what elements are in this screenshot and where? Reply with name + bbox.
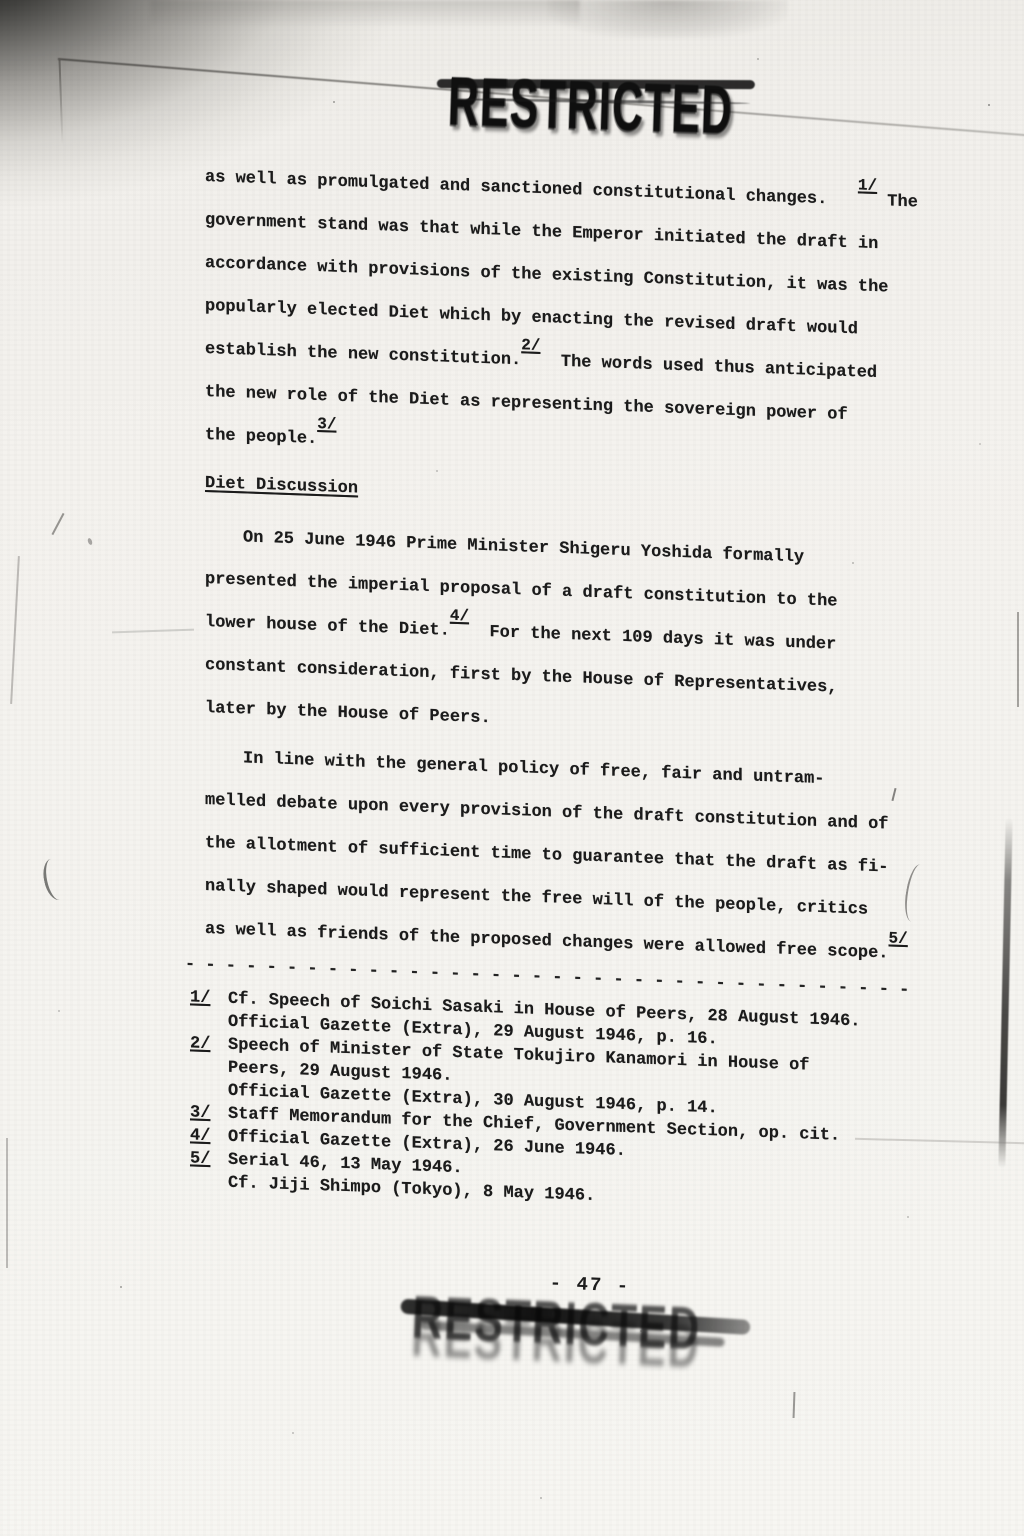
pencil-mark: [10, 556, 20, 704]
footnote-ref: 3/: [317, 403, 336, 447]
ink-streak: [998, 818, 1012, 1168]
scan-shade: [150, 0, 580, 28]
text-segment: establish the new constitution.: [205, 340, 521, 370]
paragraph: On 25 June 1946 Prime Minister Shigeru Y…: [150, 513, 950, 757]
footnote-marker: 1/: [150, 985, 228, 1011]
footnote-marker: [150, 1008, 228, 1034]
pencil-mark: [51, 513, 64, 535]
strike-line: [437, 79, 755, 89]
footnote-ref: 1/: [858, 164, 877, 208]
footnote-marker: 4/: [150, 1123, 228, 1149]
page-number: - 47 -: [549, 1272, 630, 1297]
restricted-stamp-bottom: - 47 - RESTRICTED RESTRICTED: [410, 1271, 774, 1385]
scan-artifact: [1017, 612, 1019, 707]
footnote-marker: 5/: [150, 1146, 228, 1172]
text-segment: For the next 109 days it was under: [469, 622, 836, 654]
text-segment: later by the House of Peers.: [205, 699, 491, 728]
paragraph: In line with the general policy of free,…: [150, 734, 950, 978]
pencil-mark: [40, 856, 73, 902]
text-segment: The: [877, 192, 918, 212]
footnote-ref: 4/: [450, 595, 469, 639]
footnote-marker: 2/: [150, 1031, 228, 1057]
footnote-marker: [150, 1077, 228, 1103]
footnote-ref: 5/: [889, 917, 908, 961]
text-segment: lower house of the Diet.: [205, 613, 450, 641]
paragraph: as well as promulgated and sanctioned co…: [150, 154, 950, 484]
scan-smudge: [548, 0, 788, 38]
pencil-mark: [87, 538, 93, 546]
stamp-text: RESTRICTED: [447, 61, 735, 150]
scan-specks: [0, 0, 2, 2]
text-segment: The words used thus anticipated: [540, 352, 877, 383]
restricted-stamp-top: RESTRICTED RESTRICTED: [447, 61, 770, 163]
footnote-marker: 3/: [150, 1100, 228, 1126]
footnote-ref: 2/: [521, 324, 540, 368]
scan-artifact: [6, 1138, 8, 1268]
footnotes: 1/Cf. Speech of Soichi Sasaki in House o…: [150, 985, 950, 1221]
document-page: RESTRICTED RESTRICTED as well as promulg…: [0, 0, 1024, 1536]
footnote-marker: [150, 1169, 228, 1195]
pencil-mark: [793, 1392, 796, 1418]
footnote-marker: [150, 1054, 228, 1080]
text-segment: the people.: [205, 426, 317, 449]
body-text: as well as promulgated and sanctioned co…: [150, 146, 950, 1221]
section-heading: Diet Discussion: [205, 469, 358, 504]
paper-edge-line-left: [59, 60, 64, 145]
